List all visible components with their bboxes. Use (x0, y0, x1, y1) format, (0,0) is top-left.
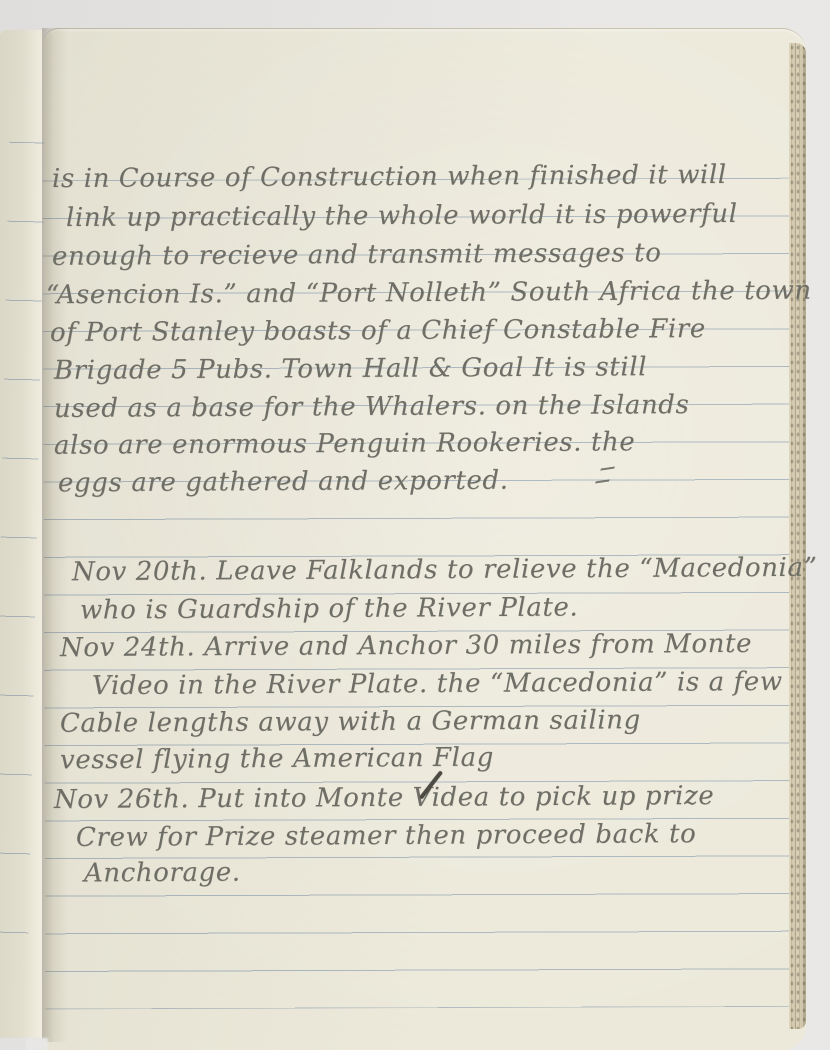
notebook-photo: is in Course of Construction when finish… (0, 0, 830, 1050)
handwriting-line: Nov 24th. Arrive and Anchor 30 miles fro… (60, 627, 752, 665)
handwriting-text: is in Course of Construction when finish… (0, 0, 830, 1050)
gutter-gap (26, 1038, 48, 1050)
handwriting-line: is in Course of Construction when finish… (52, 158, 727, 196)
handwriting-line: who is Guardship of the River Plate. (80, 590, 578, 627)
handwriting-line: of Port Stanley boasts of a Chief Consta… (50, 312, 706, 350)
handwriting-line: Nov 26th. Put into Monte Videa to pick u… (54, 779, 715, 817)
handwriting-line: Video in the River Plate. the “Macedonia… (92, 665, 783, 703)
handwriting-line: used as a base for the Whalers. on the I… (54, 388, 690, 426)
handwriting-line: eggs are gathered and exported. (58, 464, 509, 501)
handwriting-line: Anchorage. (84, 856, 241, 891)
handwriting-line: link up practically the whole world it i… (66, 197, 738, 235)
handwriting-line: Nov 20th. Leave Falklands to relieve the… (72, 551, 818, 590)
handwriting-line: Cable lengths away with a German sailing (60, 703, 641, 741)
handwriting-line: also are enormous Penguin Rookeries. the (54, 425, 636, 463)
handwriting-line: vessel flying the American Flag (60, 741, 494, 778)
handwriting-line: enough to recieve and transmit messages … (52, 236, 662, 274)
handwriting-line: Brigade 5 Pubs. Town Hall & Goal It is s… (54, 350, 647, 388)
handwriting-line: “Asencion Is.” and “Port Nolleth” South … (46, 274, 812, 313)
handwriting-line: Crew for Prize steamer then proceed back… (76, 817, 697, 855)
